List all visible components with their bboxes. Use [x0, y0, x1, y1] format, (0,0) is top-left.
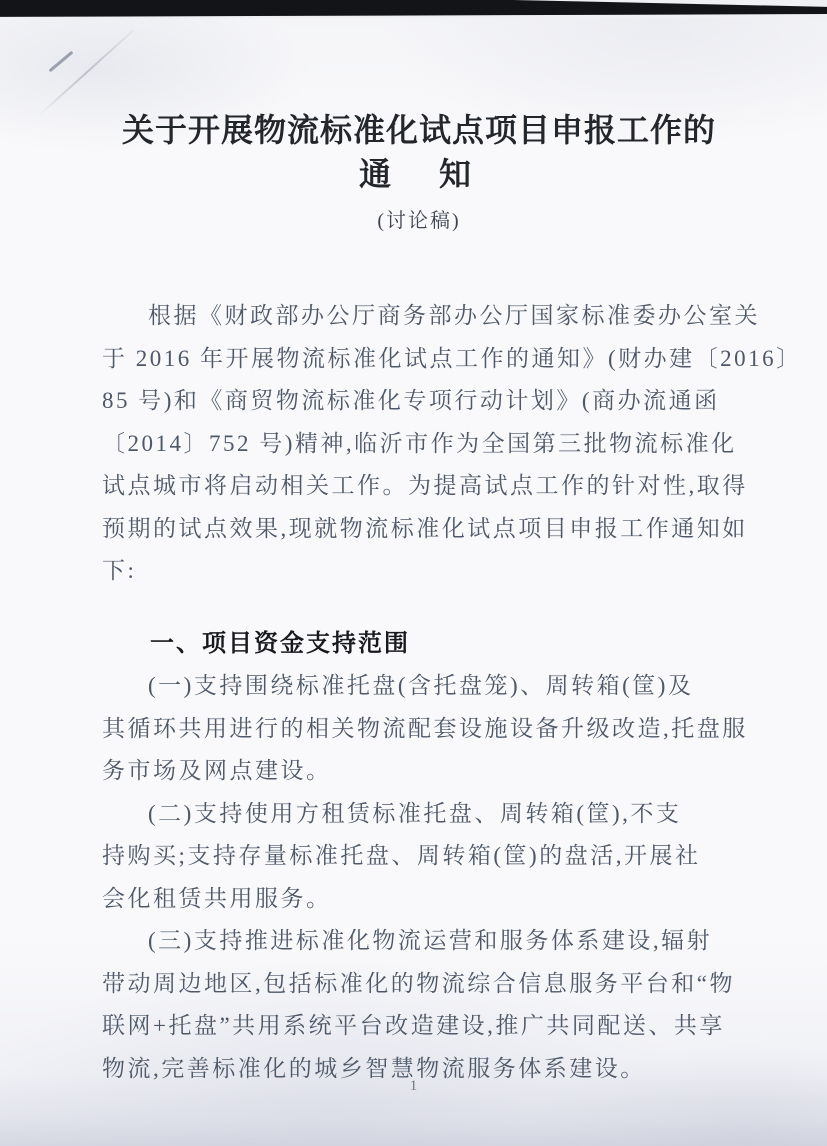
text-line: 试点城市将启动相关工作。为提高试点工作的针对性,取得	[102, 465, 736, 508]
document-subtitle: (讨论稿)	[102, 204, 736, 233]
item-3-paragraph: (三)支持推进标准化物流运营和服务体系建设,辐射带动周边地区,包括标准化的物流综…	[102, 920, 736, 1090]
text-line: 下:	[102, 550, 736, 593]
intro-paragraph: 根据《财政部办公厅商务部办公厅国家标准委办公室关于 2016 年开展物流标准化试…	[102, 295, 736, 593]
document-title-line1: 关于开展物流标准化试点项目申报工作的	[102, 108, 736, 152]
text-line: 其循环共用进行的相关物流配套设施设备升级改造,托盘服	[102, 708, 736, 751]
text-line: 85 号)和《商贸物流标准化专项行动计划》(商办流通函	[102, 380, 736, 423]
item-1-paragraph: (一)支持围绕标准托盘(含托盘笼)、周转箱(筐)及其循环共用进行的相关物流配套设…	[102, 665, 736, 793]
text-line: 联网+托盘”共用系统平台改造建设,推广共同配送、共享	[102, 1005, 736, 1048]
text-line: 带动周边地区,包括标准化的物流综合信息服务平台和“物	[102, 963, 736, 1006]
text-line: (二)支持使用方租赁标准托盘、周转箱(筐),不支	[102, 793, 736, 836]
text-line: 预期的试点效果,现就物流标准化试点项目申报工作通知如	[102, 508, 736, 551]
text-line: (一)支持围绕标准托盘(含托盘笼)、周转箱(筐)及	[102, 665, 736, 708]
staple-mark	[49, 51, 74, 73]
text-line: 会化租赁共用服务。	[102, 878, 736, 921]
text-line: 务市场及网点建设。	[102, 750, 736, 793]
text-line: (三)支持推进标准化物流运营和服务体系建设,辐射	[102, 920, 736, 963]
text-line: 根据《财政部办公厅商务部办公厅国家标准委办公室关	[102, 295, 736, 338]
document-body: 关于开展物流标准化试点项目申报工作的 通 知 (讨论稿) 根据《财政部办公厅商务…	[102, 0, 736, 1090]
text-line: 于 2016 年开展物流标准化试点工作的通知》(财办建〔2016〕	[102, 338, 736, 381]
document-title-line2: 通 知	[102, 152, 736, 196]
item-2-paragraph: (二)支持使用方租赁标准托盘、周转箱(筐),不支持购买;支持存量标准托盘、周转箱…	[102, 793, 736, 921]
page-number: 1	[0, 1078, 827, 1095]
section-heading: 一、项目资金支持范围	[102, 623, 736, 666]
text-line: 持购买;支持存量标准托盘、周转箱(筐)的盘活,开展社	[102, 835, 736, 878]
text-line: 〔2014〕752 号)精神,临沂市作为全国第三批物流标准化	[102, 423, 736, 466]
scanned-page: 关于开展物流标准化试点项目申报工作的 通 知 (讨论稿) 根据《财政部办公厅商务…	[0, 0, 827, 1146]
